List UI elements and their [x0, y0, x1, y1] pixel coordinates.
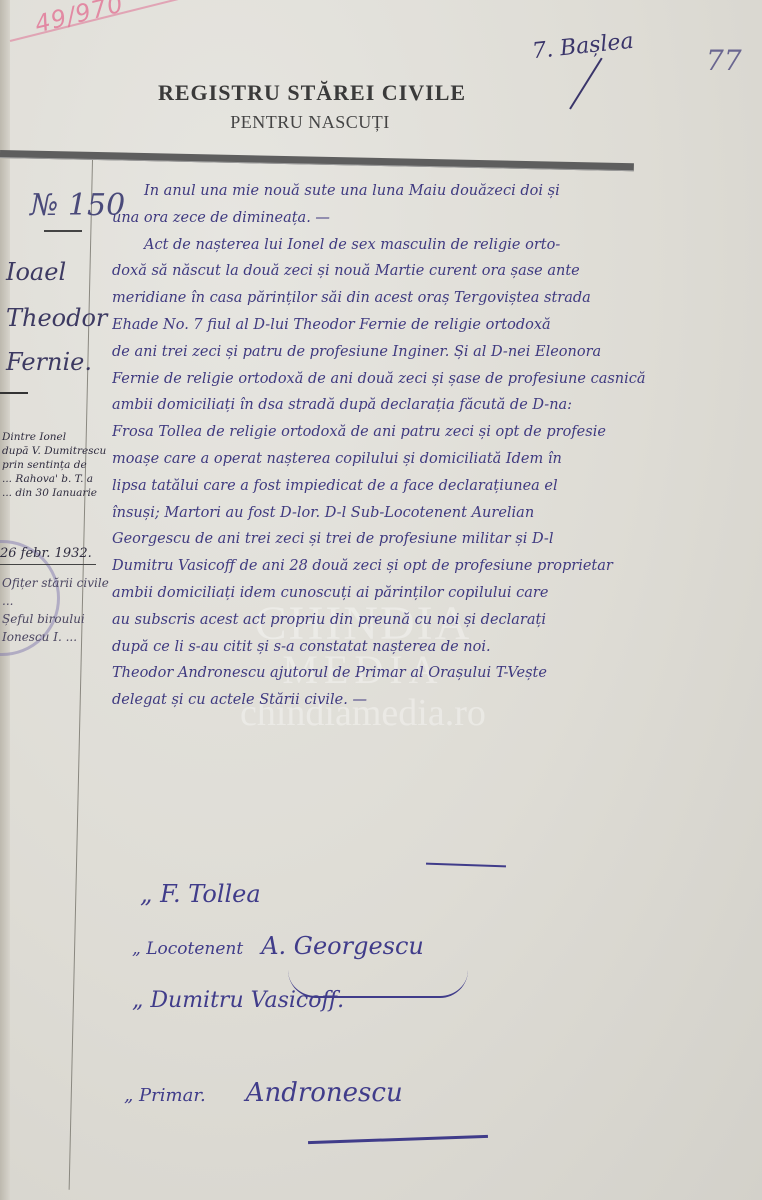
body-line: delegat și cu actele Stării civile. — [112, 687, 762, 714]
act-body: In anul una mie nouă sute una luna Maiu … [112, 178, 762, 714]
top-signature: 7. Bașlea [531, 29, 635, 64]
margin-note-line: Dintre Ionel [2, 430, 98, 444]
margin-date: 26 febr. 1932. [0, 546, 92, 561]
stamp-line: ... [2, 592, 109, 610]
pink-annotation: 49/970 [32, 0, 127, 39]
margin-note-line: prin sentința de [2, 458, 98, 472]
margin-date-rule [0, 564, 96, 565]
body-line: Ehade No. 7 fiul al D-lui Theodor Fernie… [112, 312, 762, 339]
body-line: Dumitru Vasicoff de ani 28 două zeci și … [112, 553, 762, 580]
body-line: au subscris acest act propriu din preună… [112, 607, 762, 634]
body-line: moașe care a operat nașterea copilului ș… [112, 446, 762, 473]
mayor-signature: „ Primar.Andronescu [124, 1078, 403, 1108]
mayor-signature-underline [308, 1135, 488, 1144]
mayor-name: Andronescu [246, 1078, 403, 1108]
body-line: Fernie de religie ortodoxă de ani două z… [112, 366, 762, 393]
margin-stamp-text: Ofițer stării civile ... Șeful biroului … [2, 574, 109, 646]
margin-dash [0, 392, 28, 394]
page-number: 77 [706, 44, 742, 77]
body-line: după ce li s-au citit și s-a constatat n… [112, 634, 762, 661]
margin-note-line: după V. Dumitrescu [2, 444, 98, 458]
header-rule [0, 150, 634, 171]
body-line: Georgescu de ani trei zeci și trei de pr… [112, 526, 762, 553]
body-line: doxă să născut la două zeci și nouă Mart… [112, 258, 762, 285]
body-line: In anul una mie nouă sute una luna Maiu … [112, 178, 762, 205]
witness-2-signature: „ Dumitru Vasicoff. [132, 988, 344, 1013]
body-line: însuși; Martori au fost D-lor. D-l Sub-L… [112, 500, 762, 527]
register-subtitle: PENTRU NASCUȚI [140, 112, 480, 133]
witness-1-signature: „ LocotenentA. Georgescu [132, 932, 424, 960]
margin-given-name: Ioael [6, 258, 66, 286]
body-line: Theodor Andronescu ajutorul de Primar al… [112, 660, 762, 687]
margin-note-line: ... Rahova' b. T. a [2, 472, 98, 486]
body-line: Act de nașterea lui Ionel de sex masculi… [112, 232, 762, 259]
body-line: meridiane în casa părinților săi din ace… [112, 285, 762, 312]
margin-annotation: Dintre Ionel după V. Dumitrescu prin sen… [2, 430, 98, 500]
body-line: ambii domiciliați în dsa stradă după dec… [112, 392, 762, 419]
body-line: una ora zece de dimineața. — [112, 205, 762, 232]
register-title: REGISTRU STĂREI CIVILE [122, 80, 502, 106]
stamp-line: Șeful biroului [2, 610, 109, 628]
register-page: 49/970 REGISTRU STĂREI CIVILE PENTRU NAS… [0, 0, 762, 1200]
closing-stroke [426, 863, 506, 868]
witness-1-name: A. Georgescu [261, 932, 424, 960]
margin-surname: Fernie. [6, 348, 92, 376]
mayor-label: „ Primar. [124, 1085, 206, 1106]
act-number: № 150 [30, 188, 125, 223]
body-line: ambii domiciliați idem cunoscuți ai pări… [112, 580, 762, 607]
act-number-underline [44, 230, 82, 232]
stamp-line: Ofițer stării civile [2, 574, 109, 592]
stamp-line: Ionescu I. ... [2, 628, 109, 646]
witness-1-rank: „ Locotenent [132, 939, 243, 959]
top-signature-stroke [569, 58, 602, 110]
body-line: de ani trei zeci și patru de profesiune … [112, 339, 762, 366]
margin-note-line: ... din 30 Ianuarie [2, 486, 98, 500]
declarant-signature: „ F. Tollea [140, 880, 261, 908]
margin-father-name: Theodor [6, 304, 107, 332]
body-line: lipsa tatălui care a fost impiedicat de … [112, 473, 762, 500]
body-line: Frosa Tollea de religie ortodoxă de ani … [112, 419, 762, 446]
